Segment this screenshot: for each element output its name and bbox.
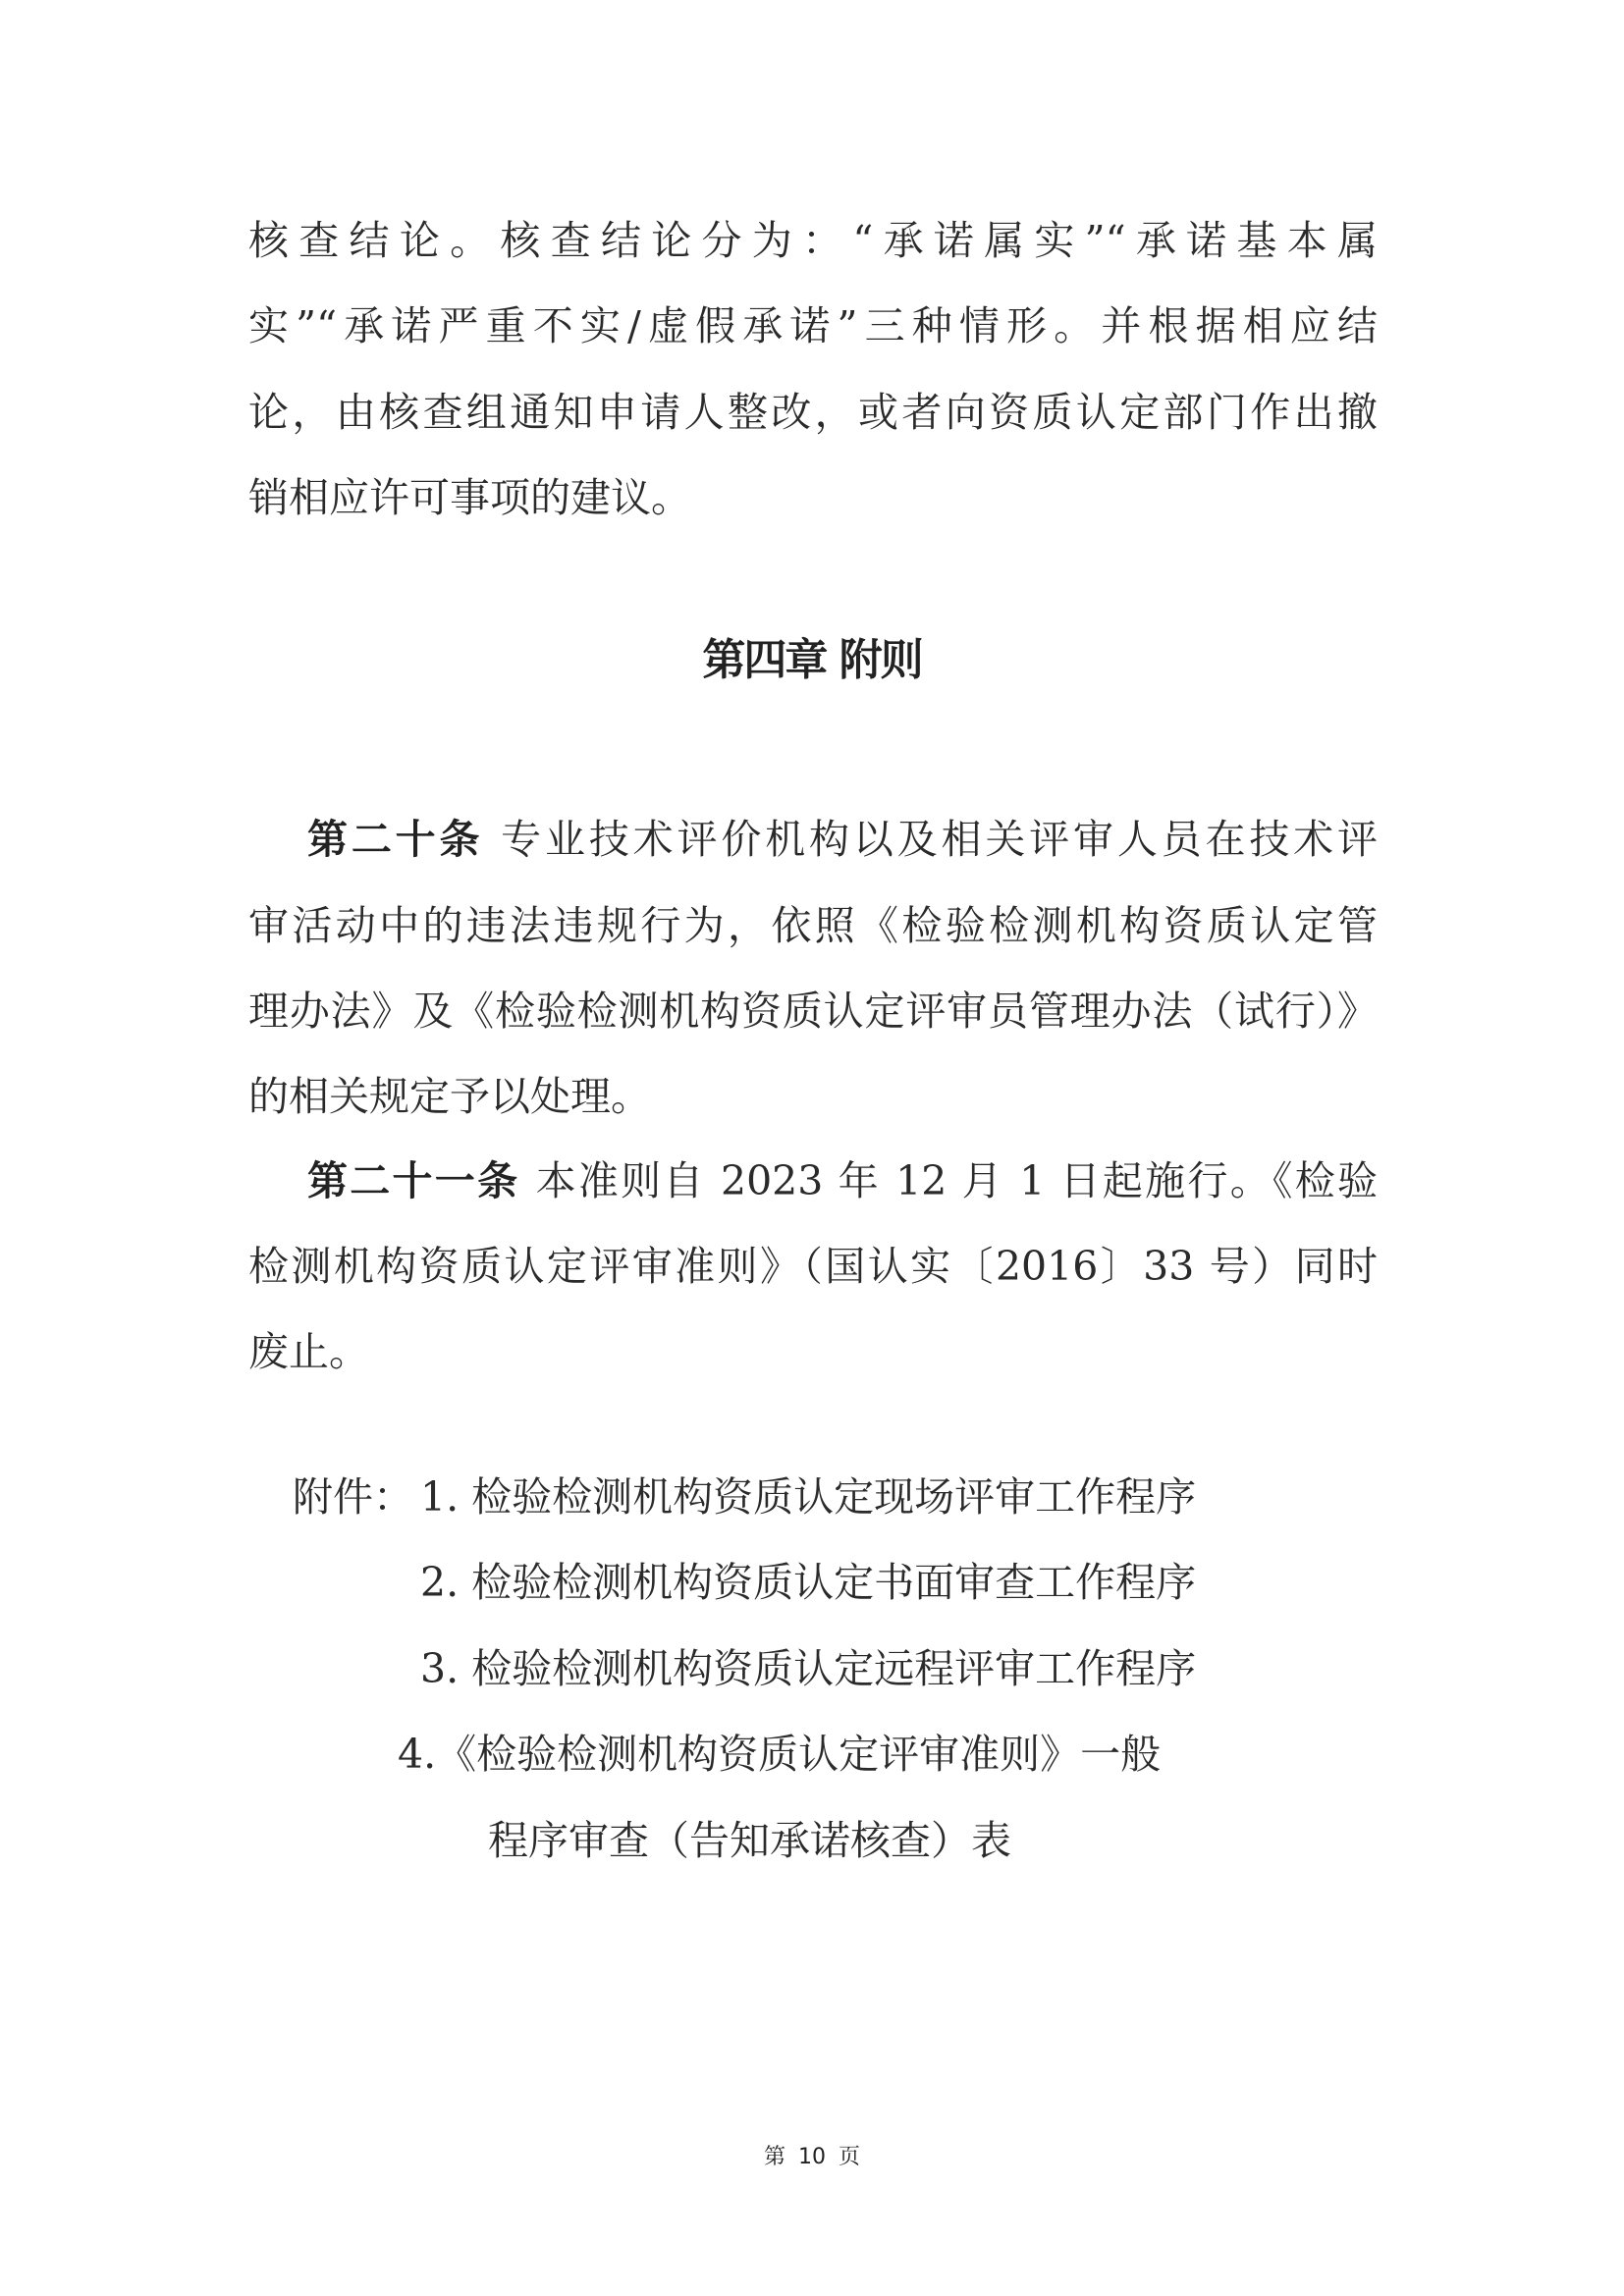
- attachment-item: 1. 检验检测机构资质认定现场评审工作程序: [420, 1468, 1196, 1526]
- attachment-item: 4.《检验检测机构资质认定评审准则》一般: [398, 1725, 1161, 1784]
- attachment-item: 2. 检验检测机构资质认定书面审查工作程序: [420, 1553, 1196, 1612]
- attachment-item-continuation: 程序审查（告知承诺核查）表: [488, 1811, 1011, 1870]
- attachments-label: 附件：: [293, 1468, 413, 1526]
- paragraph-line: 销相应许可事项的建议。: [248, 468, 1378, 527]
- article-20-first-line: 第二十条专业技术评价机构以及相关评审人员在技术评: [307, 810, 1378, 869]
- chapter-heading: 第四章 附则: [0, 633, 1624, 688]
- document-page: 核查结论。核查结论分为：“承诺属实”“承诺基本属 实”“承诺严重不实/虚假承诺”…: [0, 0, 1624, 2296]
- article-20-line: 审活动中的违法违规行为，依照《检验检测机构资质认定管: [248, 896, 1378, 955]
- paragraph-line: 论，由核查组通知申请人整改，或者向资质认定部门作出撤: [248, 383, 1378, 442]
- paragraph-line: 实”“承诺严重不实/虚假承诺”三种情形。并根据相应结: [248, 296, 1378, 355]
- paragraph-line: 核查结论。核查结论分为：“承诺属实”“承诺基本属: [248, 211, 1378, 270]
- article-20-line: 的相关规定予以处理。: [248, 1067, 1378, 1126]
- attachment-item: 3. 检验检测机构资质认定远程评审工作程序: [420, 1639, 1196, 1698]
- article-21-first-line: 第二十一条本准则自 2023 年 12 月 1 日起施行。《检验: [307, 1151, 1378, 1210]
- article-20-text: 专业技术评价机构以及相关评审人员在技术评: [497, 816, 1378, 863]
- article-20-line: 理办法》及《检验检测机构资质认定评审员管理办法（试行）》: [248, 982, 1378, 1041]
- article-21-text: 本准则自 2023 年 12 月 1 日起施行。《检验: [533, 1157, 1378, 1204]
- article-20-label: 第二十条: [307, 816, 483, 863]
- page-number: 第 10 页: [0, 2140, 1624, 2170]
- article-21-line: 废止。: [248, 1322, 1378, 1381]
- article-21-line: 检测机构资质认定评审准则》（国认实〔2016〕33 号）同时: [248, 1237, 1378, 1296]
- article-21-label: 第二十一条: [307, 1157, 519, 1204]
